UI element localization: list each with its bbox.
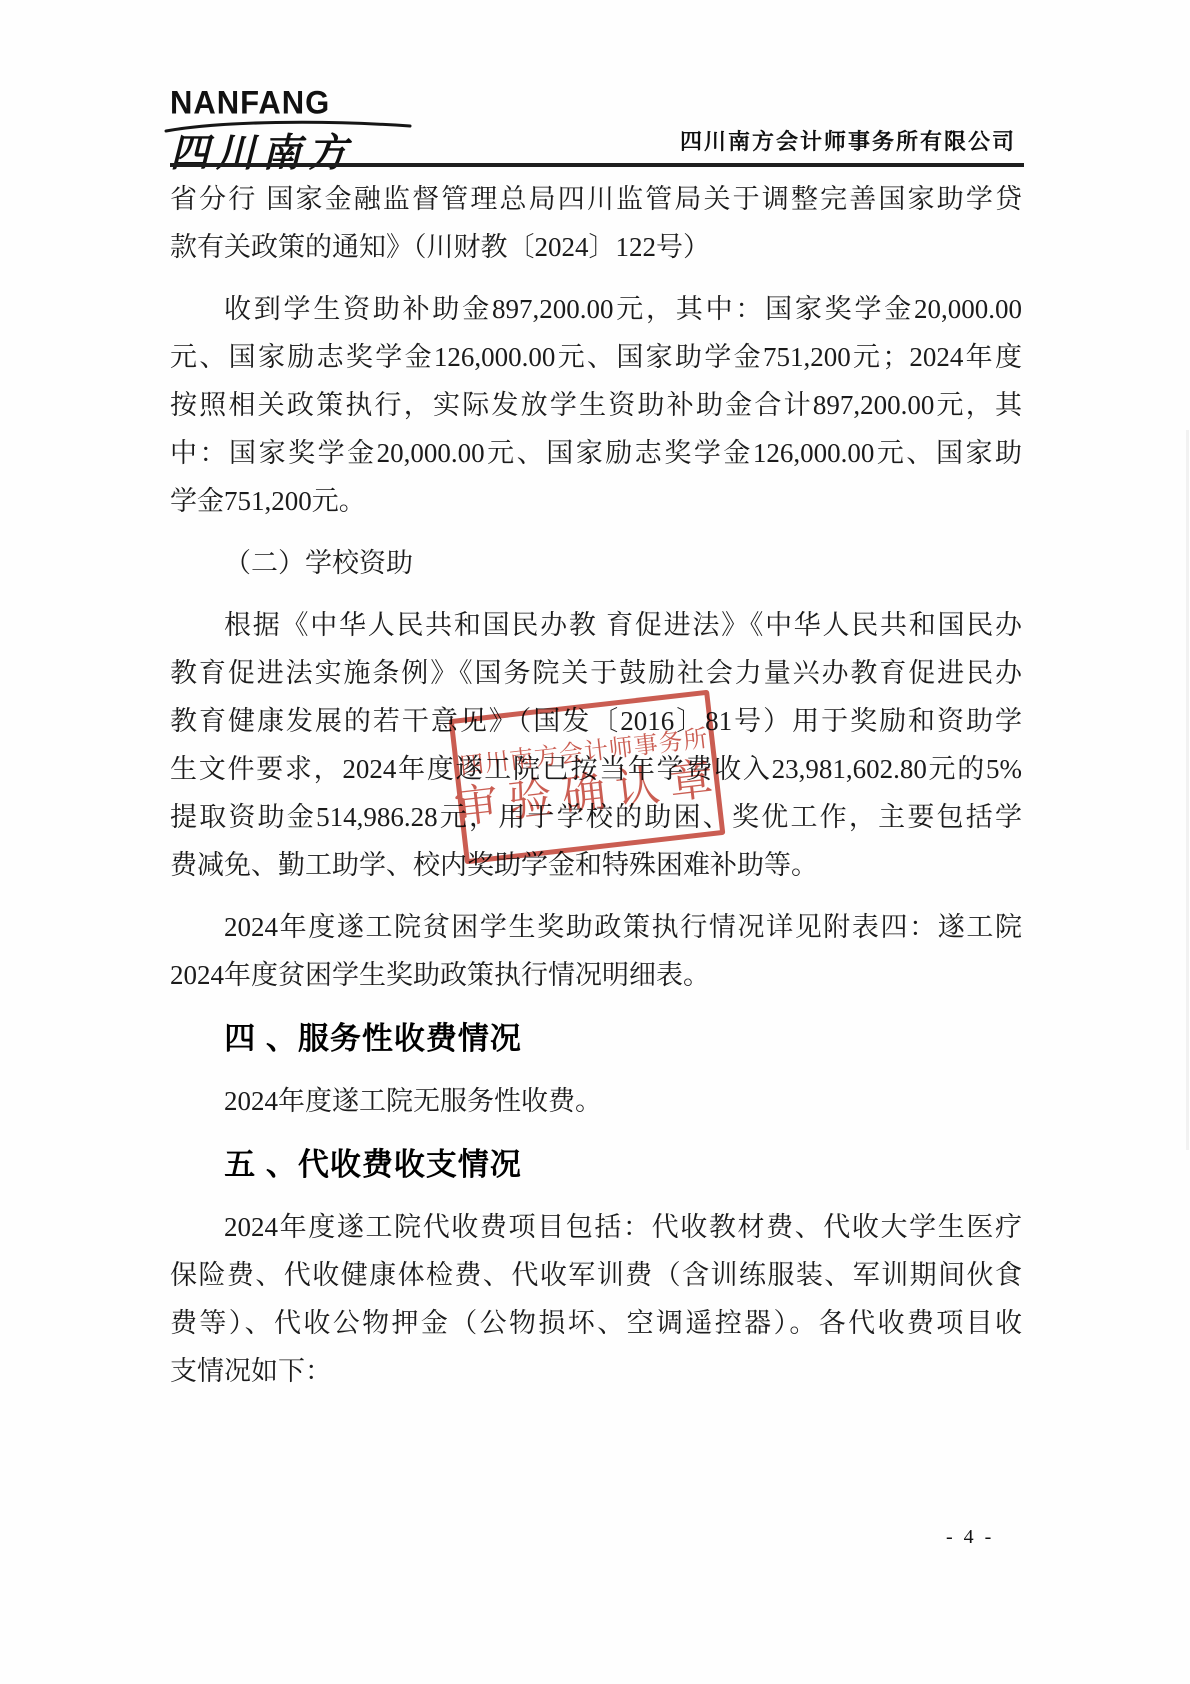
section-heading-collected-fees: 五 、代收费收支情况 xyxy=(170,1139,1022,1191)
paragraph-subsidy-received: 收到学生资助补助金897,200.00元，其中：国家奖学金20,000.00 元… xyxy=(170,285,1022,525)
body-line: 2024年度遂工院贫困学生奖助政策执行情况详见附表四：遂工院 xyxy=(170,903,1022,951)
page-number: - 4 - xyxy=(946,1526,994,1549)
body-line: 2024年度贫困学生奖助政策执行情况明细表。 xyxy=(170,951,1022,999)
body-line: （二）学校资助 xyxy=(170,539,1022,587)
body-line: 根据《中华人民共和国民办教 育促进法》《中华人民共和国民办 xyxy=(170,601,1022,649)
audit-stamp: 四川南方会计师事务所 审验确认章 xyxy=(449,690,726,865)
body-line: 2024年度遂工院无服务性收费。 xyxy=(170,1077,1022,1125)
paragraph-collected-fees-detail: 2024年度遂工院代收费项目包括：代收教材费、代收大学生医疗 保险费、代收健康体… xyxy=(170,1203,1022,1395)
body-line: 收到学生资助补助金897,200.00元，其中：国家奖学金20,000.00 xyxy=(170,285,1022,333)
section-heading-service-fees: 四 、服务性收费情况 xyxy=(170,1013,1022,1065)
body-line: 省分行 国家金融监督管理总局四川监管局关于调整完善国家助学贷 xyxy=(170,175,1022,223)
scan-edge-artifact xyxy=(1186,430,1189,1150)
body-line: 款有关政策的通知》（川财教〔2024〕122号） xyxy=(170,223,1022,271)
document-page: NANFANG 四川南方 四川南方会计师事务所有限公司 省分行 国家金融监督管理… xyxy=(0,0,1190,1684)
logo-cjk-text: 四川南方 xyxy=(170,133,430,175)
paragraph-policy-table-ref: 2024年度遂工院贫困学生奖助政策执行情况详见附表四：遂工院 2024年度贫困学… xyxy=(170,903,1022,999)
logo-latin-text: NANFANG xyxy=(170,87,430,118)
paragraph-no-service-fees: 2024年度遂工院无服务性收费。 xyxy=(170,1077,1022,1125)
body-line: 保险费、代收健康体检费、代收军训费（含训练服装、军训期间伙食 xyxy=(170,1251,1022,1299)
firm-name: 四川南方会计师事务所有限公司 xyxy=(680,125,1016,156)
document-header: NANFANG 四川南方 四川南方会计师事务所有限公司 xyxy=(170,88,1024,166)
paragraph-continuation: 省分行 国家金融监督管理总局四川监管局关于调整完善国家助学贷 款有关政策的通知》… xyxy=(170,175,1022,271)
body-line: 元、国家励志奖学金126,000.00元、国家助学金751,200元；2024年… xyxy=(170,333,1022,381)
subheading-school-aid: （二）学校资助 xyxy=(170,539,1022,587)
body-line: 2024年度遂工院代收费项目包括：代收教材费、代收大学生医疗 xyxy=(170,1203,1022,1251)
company-logo: NANFANG 四川南方 xyxy=(170,88,430,175)
body-line: 按照相关政策执行，实际发放学生资助补助金合计897,200.00元，其 xyxy=(170,381,1022,429)
header-divider xyxy=(170,163,1024,167)
body-line: 中：国家奖学金20,000.00元、国家励志奖学金126,000.00元、国家助 xyxy=(170,429,1022,477)
logo-swoosh-icon xyxy=(162,119,414,133)
body-line: 教育促进法实施条例》《国务院关于鼓励社会力量兴办教育促进民办 xyxy=(170,649,1022,697)
body-line: 费等）、代收公物押金（公物损坏、空调遥控器）。各代收费项目收 xyxy=(170,1299,1022,1347)
body-line: 学金751,200元。 xyxy=(170,477,1022,525)
body-line: 支情况如下： xyxy=(170,1347,1022,1395)
